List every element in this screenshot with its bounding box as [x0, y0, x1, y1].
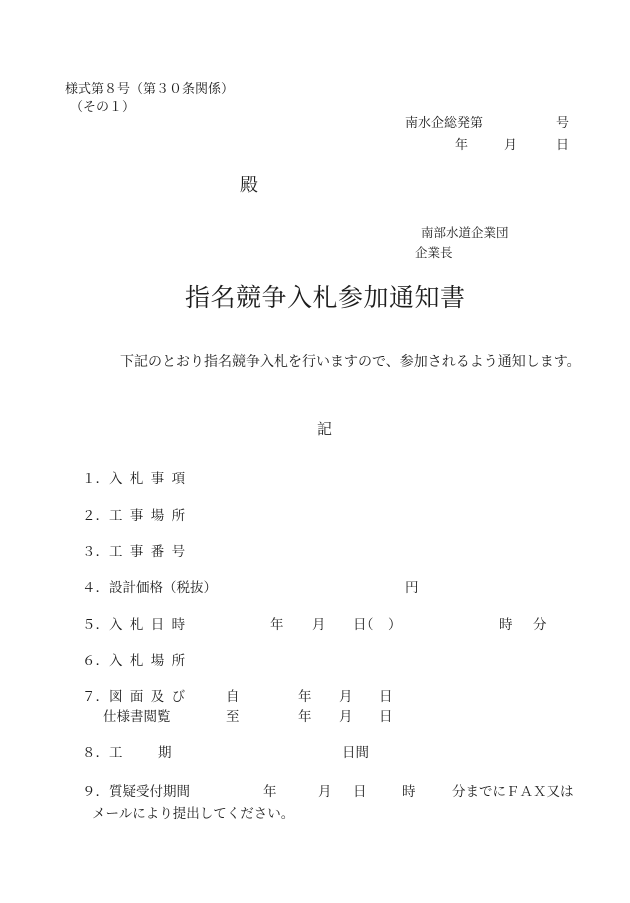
item-7-month-label: 月 [339, 690, 353, 704]
item-9-line2-text: メールにより提出してください。 [92, 807, 294, 821]
issuer-organization: 南部水道企業団 [421, 227, 509, 240]
item-7-label-line2: 仕様書閲覧 [103, 710, 171, 724]
item-7-day-label: 日 [379, 690, 393, 704]
item-8-label: ８．工 [82, 746, 123, 760]
item-9-hour-label: 時 [402, 785, 416, 799]
item-5-minute-label: 分 [533, 618, 547, 632]
item-7-to-label: 至 [226, 710, 240, 724]
item-5-hour-label: 時 [499, 618, 513, 632]
item-5-paren-open: （ [360, 618, 374, 632]
item-3-label: ３．工 事 番 号 [82, 545, 185, 559]
form-number: 様式第８号（第３０条関係） [65, 82, 234, 95]
item-7-label: ７．図 面 及 び [82, 690, 185, 704]
item-8-days-unit: 日間 [342, 746, 369, 760]
document-title: 指名競争入札参加通知書 [185, 286, 466, 311]
item-5-paren-close: ） [388, 618, 402, 632]
item-5-label: ５．入 札 日 時 [82, 618, 185, 632]
item-8-label-2: 期 [158, 746, 172, 760]
item-7-day-label-2: 日 [379, 710, 393, 724]
reference-number-suffix: 号 [556, 116, 569, 129]
item-2-label: ２．工 事 場 所 [82, 509, 185, 523]
record-heading: 記 [317, 423, 332, 438]
item-6-label: ６．入 札 場 所 [82, 654, 185, 668]
item-5-year-label: 年 [270, 618, 284, 632]
form-subnumber: （その１） [70, 100, 135, 113]
item-9-tail-text: 分までにＦＡＸ又は [452, 785, 574, 799]
item-4-label: ４．設計価格（税抜） [82, 581, 217, 595]
item-4-yen-unit: 円 [405, 581, 419, 595]
item-7-year-label-2: 年 [298, 710, 312, 724]
document-page: 様式第８号（第３０条関係） （その１） 南水企総発第 号 年 月 日 殿 南部水… [0, 0, 630, 903]
item-9-year-label: 年 [263, 785, 277, 799]
date-day-label: 日 [556, 138, 569, 151]
item-9-day-label: 日 [353, 785, 367, 799]
addressee-honorific: 殿 [240, 176, 258, 194]
item-9-label: ９．質疑受付期間 [82, 785, 190, 799]
date-year-label: 年 [455, 138, 468, 151]
item-9-month-label: 月 [318, 785, 332, 799]
item-1-label: １．入 札 事 項 [82, 472, 185, 486]
reference-number-prefix: 南水企総発第 [405, 116, 483, 129]
item-7-from-label: 自 [226, 690, 240, 704]
date-month-label: 月 [504, 138, 517, 151]
item-7-month-label-2: 月 [339, 710, 353, 724]
item-7-year-label: 年 [298, 690, 312, 704]
body-text: 下記のとおり指名競争入札を行いますので、参加されるよう通知します。 [120, 356, 581, 370]
item-5-month-label: 月 [312, 618, 326, 632]
issuer-title: 企業長 [415, 247, 453, 260]
